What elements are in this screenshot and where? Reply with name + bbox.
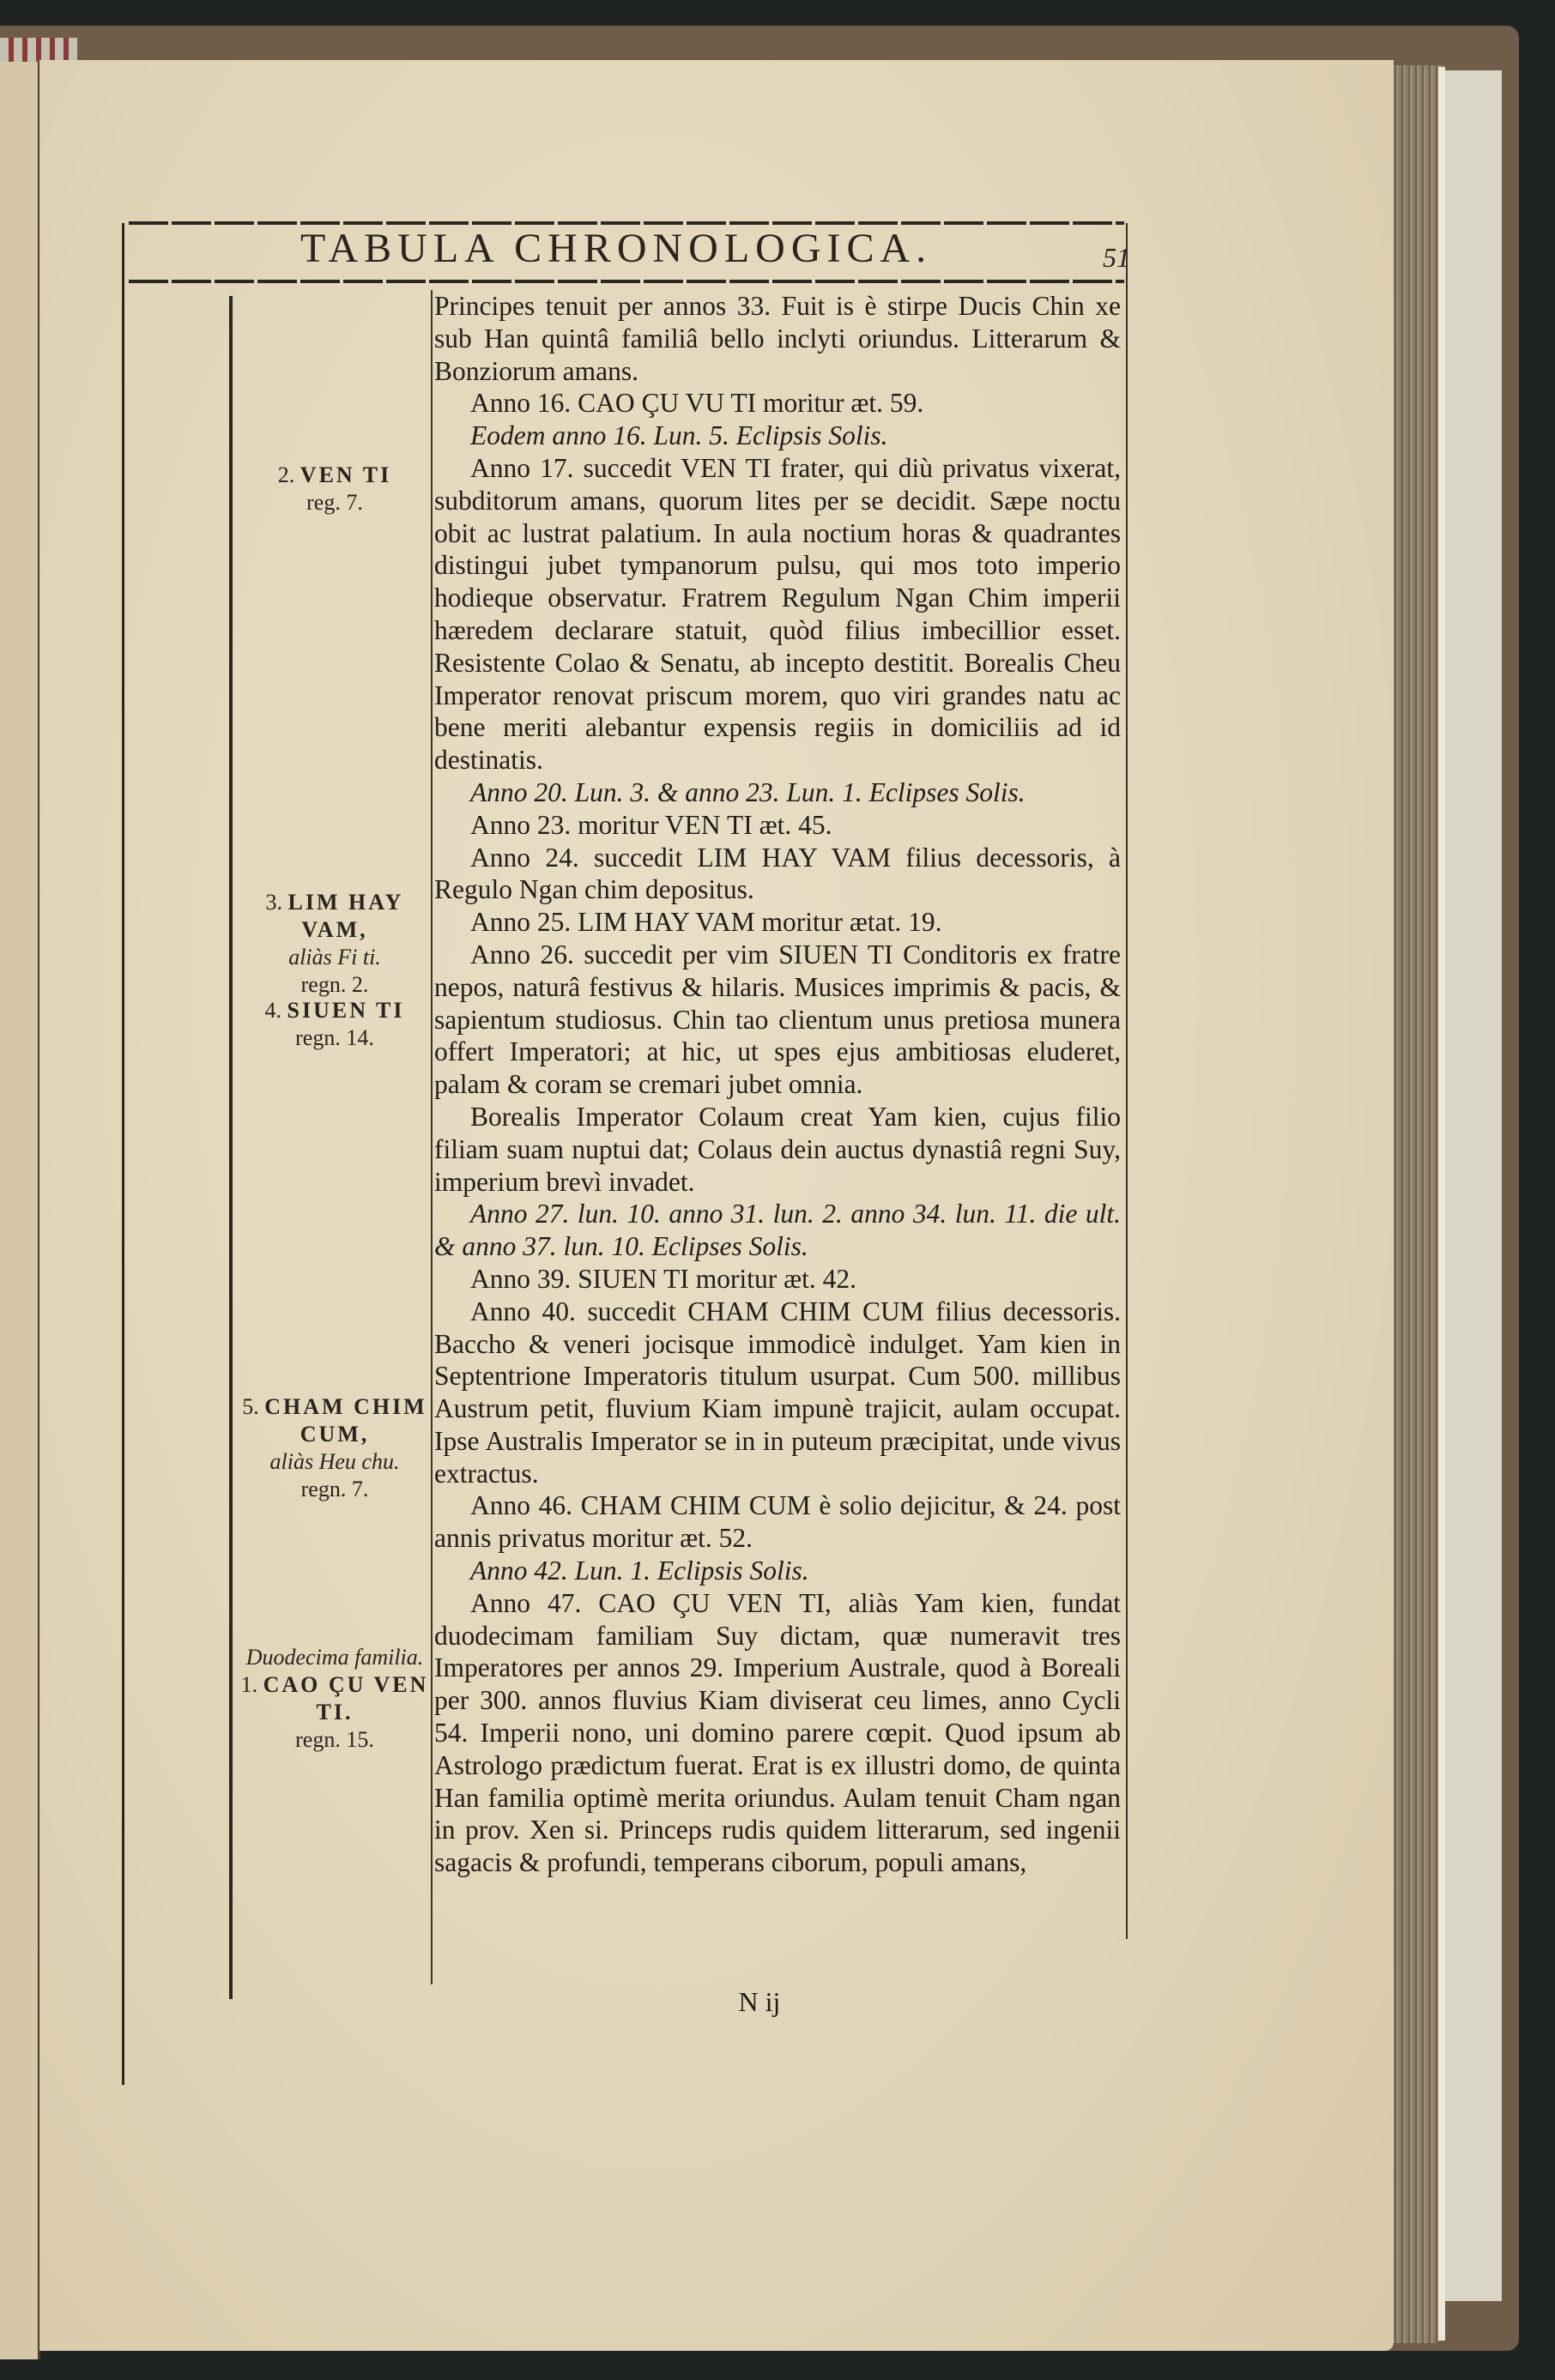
paragraph: Anno 16. CAO ÇU VU TI moritur æt. 59. — [434, 387, 1121, 420]
side-note-name: CHAM CHIM CUM, — [264, 1394, 427, 1447]
paragraph: Anno 24. succedit LIM HAY VAM filius dec… — [434, 842, 1121, 907]
side-note-number: 3. — [266, 890, 283, 915]
side-note-alias: aliàs Fi ti. — [288, 945, 381, 970]
side-note-heading: Duodecima familia. — [246, 1645, 424, 1670]
previous-page-edge — [0, 60, 40, 2359]
side-note-number: 1. — [241, 1672, 258, 1697]
side-note-number: 2. — [278, 462, 295, 487]
side-note-number: 5. — [242, 1394, 259, 1419]
page-number: 51 — [1103, 242, 1130, 274]
eclipse-note: Anno 27. lun. 10. anno 31. lun. 2. anno … — [434, 1198, 1121, 1263]
eclipse-note: Eodem anno 16. Lun. 5. Eclipsis Solis. — [434, 420, 1121, 452]
side-note-number: 4. — [265, 998, 282, 1023]
side-note-cham-chim-cum: 5. CHAM CHIM CUM, aliàs Heu chu. regn. 7… — [237, 1393, 433, 1503]
side-note-lim-hay-vam: 3. LIM HAY VAM, aliàs Fi ti. regn. 2. — [237, 889, 433, 999]
paragraph: Anno 47. CAO ÇU VEN TI, aliàs Yam kien, … — [434, 1587, 1121, 1879]
paragraph: Anno 46. CHAM CHIM CUM è solio dejicitur… — [434, 1489, 1121, 1555]
paragraph: Anno 39. SIUEN TI moritur æt. 42. — [434, 1263, 1121, 1296]
side-note-siuen-ti: 4. SIUEN TI regn. 14. — [237, 997, 433, 1052]
side-note-reign: regn. 7. — [237, 1476, 433, 1503]
paragraph: Borealis Imperator Colaum creat Yam kien… — [434, 1101, 1121, 1198]
side-note-duodecima-familia: Duodecima familia. 1. CAO ÇU VEN TI. reg… — [237, 1644, 433, 1754]
page-edges — [1392, 65, 1445, 2343]
side-note-name: LIM HAY VAM, — [288, 890, 404, 942]
eclipse-note: Anno 20. Lun. 3. & anno 23. Lun. 1. Ecli… — [434, 776, 1121, 809]
side-note-name: SIUEN TI — [287, 998, 405, 1023]
left-frame-rule — [122, 223, 124, 2085]
side-note-reign: reg. 7. — [237, 489, 433, 516]
side-note-reign: regn. 2. — [237, 971, 433, 999]
side-note-reign: regn. 14. — [237, 1024, 433, 1052]
paragraph: Anno 26. succedit per vim SIUEN TI Condi… — [434, 939, 1121, 1101]
headband — [0, 38, 77, 62]
margin-column-rule — [229, 296, 233, 1999]
main-text: Principes tenuit per annos 33. Fuit is è… — [434, 290, 1121, 1879]
right-frame-rule — [1126, 223, 1128, 1939]
side-note-name: CAO ÇU VEN TI. — [263, 1672, 429, 1725]
paragraph: Anno 25. LIM HAY VAM moritur ætat. 19. — [434, 906, 1121, 939]
side-note-ven-ti: 2. VEN TI reg. 7. — [237, 462, 433, 516]
paragraph: Anno 17. succedit VEN TI frater, qui diù… — [434, 452, 1121, 776]
signature-mark: N ij — [502, 1986, 1017, 2018]
running-head: TABULA CHRONOLOGICA. — [300, 225, 1073, 272]
eclipse-note: Anno 42. Lun. 1. Eclipsis Solis. — [434, 1555, 1121, 1587]
side-note-reign: regn. 15. — [237, 1726, 433, 1754]
endpaper — [1443, 70, 1502, 2301]
header-rule — [129, 280, 1124, 283]
paragraph: Anno 23. moritur VEN TI æt. 45. — [434, 809, 1121, 842]
side-note-alias: aliàs Heu chu. — [270, 1449, 400, 1474]
paragraph: Principes tenuit per annos 33. Fuit is è… — [434, 290, 1121, 387]
side-note-name: VEN TI — [300, 462, 391, 487]
paragraph: Anno 40. succedit CHAM CHIM CUM filius d… — [434, 1296, 1121, 1490]
page-edge-highlight — [1438, 67, 1445, 2341]
